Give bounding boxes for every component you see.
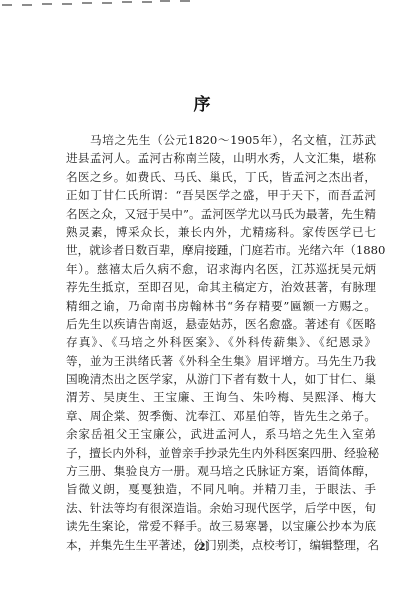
text-line: 国晚清杰出之医学家，从游门下者有数十人，如丁甘仁、巢 [66, 370, 376, 388]
text-line: 精细之谕，乃命南书房翰林书“务存精要”匾额一方赐之。 [66, 297, 376, 315]
dash-segment [160, 0, 170, 2]
text-line: 后先生以疾请告南返，悬壶姑苏，医名愈盛。著述有《医略 [66, 315, 376, 333]
text-line: 余家岳祖父王宝廉公，武进孟河人，系马培之先生入室弟 [66, 425, 376, 443]
text-line: 进县孟河人。孟河古称南兰陵，山明水秀，人文汇集，堪称 [66, 149, 376, 167]
text-line: 旨微义朗，戛戛独造，不同凡响。并精刀圭，于眼法、手 [66, 480, 376, 498]
text-line: 荐先生抵京，至即召见，命其主稿定方，治效甚著，有脉理 [66, 278, 376, 296]
dash-segment [62, 3, 72, 5]
top-dashed-rule [2, 0, 202, 8]
dash-segment [2, 4, 12, 6]
text-line: 名医之众，又冠于吴中”。孟河医学尤以马氏为最著，先生精 [66, 205, 376, 223]
dash-segment [102, 2, 112, 4]
dash-segment [22, 4, 32, 6]
text-line: 读先生案论，常爱不释手。故三易寒暑，以宝廉公抄本为底 [66, 517, 376, 535]
page-number: 〔2〕 [0, 538, 404, 553]
dash-segment [82, 2, 92, 4]
dash-segment [122, 1, 132, 3]
text-line: 年）。慈禧太后久病不愈，诏求海内名医，江苏巡抚吴元炳 [66, 260, 376, 278]
page-title: 序 [0, 90, 404, 115]
dash-segment [180, 0, 190, 2]
text-line: 马培之先生（公元1820～1905年），名文植，江苏武 [66, 131, 376, 149]
text-line: 法、针法等均有很深造诣。余始习现代医学，后学中医，旬 [66, 499, 376, 517]
text-line: 渭芳、吴庚生、王宝廉、王询刍、朱吟梅、吴熙泽、梅大 [66, 388, 376, 406]
dash-segment [142, 1, 152, 3]
preface-body: 马培之先生（公元1820～1905年），名文植，江苏武 进县孟河人。孟河古称南兰… [66, 131, 376, 554]
text-line: 子，擅长内外科，並曾亲手抄录先生内外科医案四册、经验秘 [66, 444, 376, 462]
text-line: 等，並为王洪绪氏著《外科全生集》眉评增方。马先生乃我 [66, 352, 376, 370]
text-line: 正如丁甘仁氏所谓：“吾吴医学之盛，甲于天下，而吾孟河 [66, 186, 376, 204]
text-line: 存真》、《马培之外科医案》、《外科传薪集》、《纪恩录》 [66, 333, 376, 351]
text-line: 熟灵素，博采众长，兼长内外，尤精疡科。家传医学已七 [66, 223, 376, 241]
dash-segment [42, 3, 52, 5]
text-line: 名医之乡。如费氏、马氏、巢氏，丁氏，皆孟河之杰出者， [66, 168, 376, 186]
text-line: 方三册、集验良方一册。观马培之氏脉证方案，语简体醇， [66, 462, 376, 480]
text-line: 章、周企棠、贺季衡、沈奉江、邓星伯等，皆先生之弟子。 [66, 407, 376, 425]
text-line: 世，就诊者日数百辈，摩肩接踵，门庭若市。光绪六年（1880 [66, 241, 376, 259]
